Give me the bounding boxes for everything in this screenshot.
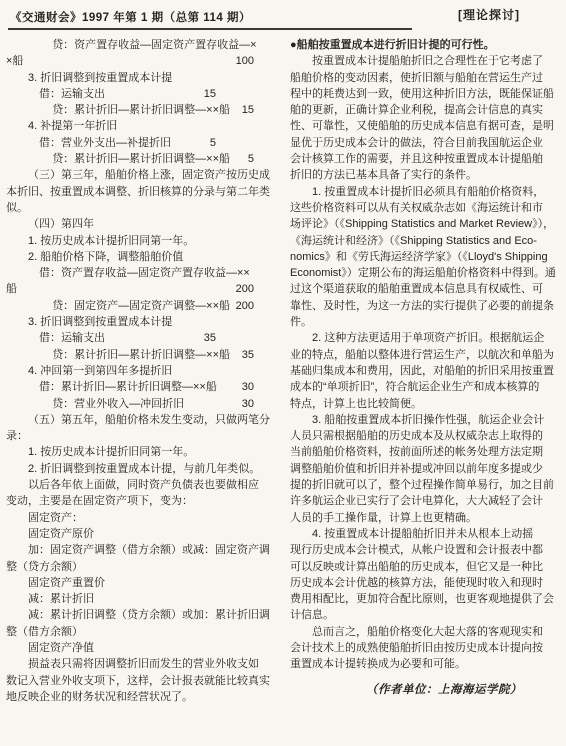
line-text: 这些价格资料可以从有关权威杂志如《海运统计和市 — [290, 202, 543, 214]
right-column: ●船舶按重置成本进行折旧计提的可行性。按重置成本计提船舶折旧之合理性在于它考虑了… — [290, 37, 556, 705]
text-line: 借：累计折旧—累计折旧调整—××船30 — [6, 379, 272, 395]
line-text: 可以反映或计算出船舶的历史成本，但它又是一种比 — [290, 561, 543, 573]
line-text: 件。 — [290, 316, 312, 328]
line-text: 性、可靠性，又使船舶的历史成本信息有据可查，是明 — [290, 120, 554, 132]
line-text: 许多航运企业已实行了会计电算化，大大减轻了会计 — [290, 495, 543, 507]
text-line: ●船舶按重置成本进行折旧计提的可行性。 — [290, 37, 556, 53]
author-affiliation: （作者单位：上海海运学院） — [366, 681, 522, 697]
line-text: 业的特点，船舶以整体进行营运生产，以航次和单船为 — [290, 349, 554, 361]
text-line: Economist》）定期公布的海运船舶价格资料中得到。通 — [290, 265, 556, 281]
line-text: 靠性、及时性，为这一方法的实行提供了必要的前提条 — [290, 300, 554, 312]
amount-value: 30 — [242, 379, 254, 396]
line-text: 总而言之，船舶价格变化大起大落的客观现实和 — [312, 626, 543, 638]
line-text: 舶的更新，正确计算企业利税，提高会计信息的真实 — [290, 104, 543, 116]
amount-value: 200 — [236, 298, 254, 315]
line-text: 贷：资产置存收益—固定资产置存收益—× — [52, 39, 256, 51]
amount-value: 100 — [236, 53, 254, 70]
amount-value: 35 — [242, 347, 254, 364]
line-text: 本折旧、按重置成本调整、折旧核算的分录与第二年类 — [6, 186, 270, 198]
line-text: 1. 按历史成本计提折旧同第一年。 — [28, 446, 194, 458]
line-text: 贷：累计折旧—累计折旧调整—××船 — [52, 104, 230, 116]
line-text: 提的折旧就可以了，整个过程操作简单易行，加之目前 — [290, 479, 554, 491]
text-line: 成本的“单项折旧”，符合航运企业生产和成本核算的 — [290, 379, 556, 395]
line-text: ×船 — [6, 55, 23, 67]
line-text: 借：营业外支出—补提折旧 — [39, 137, 171, 149]
line-text: nomics》和《劳氏海运经济学家》（《Lloyd's Shipping — [290, 251, 548, 263]
line-text: 4. 补提第一年折旧 — [28, 120, 117, 132]
text-line: 船200 — [6, 281, 272, 297]
text-line: 件。 — [290, 314, 556, 330]
text-line: 重置成本计提转换成为必要和可能。 — [290, 656, 556, 672]
text-line: 以后各年依上面做，同时资产负债表也要做相应 — [6, 477, 272, 493]
text-line: 贷：累计折旧—累计折旧调整—××船35 — [6, 347, 272, 363]
line-text: 基础归集成本和费用，因此，对船舶的折旧采用按重置 — [290, 365, 554, 377]
text-line: 固定资产净值 — [6, 640, 272, 656]
line-text: 折旧的方法已基本具备了实行的条件。 — [290, 169, 477, 181]
line-text: 4. 冲回第一到第四年多提折旧 — [28, 365, 172, 377]
article-body: 贷：资产置存收益—固定资产置存收益—××船1003. 折旧调整到按重置成本计提借… — [6, 37, 560, 705]
line-text: 贷：营业外收入—冲回折旧 — [52, 398, 184, 410]
amount-value: 30 — [242, 396, 254, 413]
text-line: 数记入营业外收支项下，这样，会计报表就能比较真实 — [6, 673, 272, 689]
line-text: 固定资产： — [28, 512, 83, 524]
line-text: 借：运输支出 — [39, 88, 105, 100]
line-text: 借：运输支出 — [39, 332, 105, 344]
text-line: 当前船舶价格资料，按前面所述的帐务处理方法定期 — [290, 444, 556, 460]
text-line: 3. 折旧调整到按重置成本计提 — [6, 314, 272, 330]
line-text: （三）第三年，船舶价格上涨，固定资产按历史成 — [28, 169, 270, 181]
line-text: 人员只需根据船舶的历史成本及从权威杂志上取得的 — [290, 430, 543, 442]
line-text: 数记入营业外收支项下，这样，会计报表就能比较真实 — [6, 675, 270, 687]
line-text: 地反映企业的财务状况和经营状况了。 — [6, 691, 193, 703]
line-text: 借：资产置存收益—固定资产置存收益—×× — [39, 267, 250, 279]
text-line: 许多航运企业已实行了会计电算化，大大减轻了会计 — [290, 493, 556, 509]
text-line: 费用相配比，更加符合配比原则，也更客观地提供了会 — [290, 591, 556, 607]
line-text: 1. 按历史成本计提折旧同第一年。 — [28, 235, 194, 247]
line-text: 加：固定资产调整（借方余额）或减：固定资产调 — [28, 544, 270, 556]
text-line: 借：资产置存收益—固定资产置存收益—×× — [6, 265, 272, 281]
line-text: 会计核算工作的需要，并且这种按重置成本计提船舶 — [290, 153, 543, 165]
line-text: 费用相配比，更加符合配比原则，也更客观地提供了会 — [290, 593, 554, 605]
text-line: 1. 按重置成本计提折旧必须具有船舶价格资料， — [290, 184, 556, 200]
amount-value: 200 — [236, 281, 254, 298]
line-text: 调整船舶价值和折旧并补提或冲回以前年度多提或少 — [290, 463, 543, 475]
text-line: 计信息。 — [290, 607, 556, 623]
text-line: 舶的更新，正确计算企业利税，提高会计信息的真实 — [290, 102, 556, 118]
text-line: 显优于历史成本会计的做法，符合目前我国航运企业 — [290, 135, 556, 151]
section-tag: [理论探讨] — [458, 6, 520, 23]
text-line: 场评论》（《Shipping Statistics and Market Rev… — [290, 216, 556, 232]
text-line: 4. 冲回第一到第四年多提折旧 — [6, 363, 272, 379]
line-text: 整（贷方余额） — [6, 561, 83, 573]
line-text: 4. 按重置成本计提船舶折旧并未从根本上动摇 — [312, 528, 533, 540]
line-text: 似。 — [6, 202, 28, 214]
line-text: 2. 船舶价格下降，调整船舶价值 — [28, 251, 183, 263]
document-page: 《交通财会》1997 年第 1 期（总第 114 期） [理论探讨] 贷：资产置… — [0, 0, 566, 746]
line-text: 会计技术上的成熟使船舶折旧由按历史成本计提向按 — [290, 642, 543, 654]
text-line: 地反映企业的财务状况和经营状况了。 — [6, 689, 272, 705]
line-text: 固定资产重置价 — [28, 577, 105, 589]
text-line: 录： — [6, 428, 272, 444]
text-line: 本折旧、按重置成本调整、折旧核算的分录与第二年类 — [6, 184, 272, 200]
line-text: 《海运统计和经济》（《Shipping Statistics and Eco- — [290, 235, 537, 247]
line-text: 船舶价格的变动因素，使折旧额与船舶在营运生产过 — [290, 72, 543, 84]
line-text: 3. 折旧调整到按重置成本计提 — [28, 316, 172, 328]
line-text: 减：累计折旧 — [28, 593, 94, 605]
text-line: 人员只需根据船舶的历史成本及从权威杂志上取得的 — [290, 428, 556, 444]
text-line: 折旧的方法已基本具备了实行的条件。 — [290, 167, 556, 183]
text-line: 固定资产： — [6, 510, 272, 526]
line-text: 现行历史成本会计模式，从帐户设置和会计报表中都 — [290, 544, 543, 556]
amount-value: 5 — [248, 151, 254, 168]
text-line: 2. 船舶价格下降，调整船舶价值 — [6, 249, 272, 265]
text-line: 现行历史成本会计模式，从帐户设置和会计报表中都 — [290, 542, 556, 558]
text-line: nomics》和《劳氏海运经济学家》（《Lloyd's Shipping — [290, 249, 556, 265]
line-text: （四）第四年 — [28, 218, 94, 230]
line-text: 显优于历史成本会计的做法，符合目前我国航运企业 — [290, 137, 543, 149]
text-line: 固定资产原价 — [6, 526, 272, 542]
text-line: 1. 按历史成本计提折旧同第一年。 — [6, 444, 272, 460]
line-text: 当前船舶价格资料，按前面所述的帐务处理方法定期 — [290, 446, 543, 458]
line-text: 贷：累计折旧—累计折旧调整—××船 — [52, 153, 230, 165]
text-line: 整（借方余额） — [6, 624, 272, 640]
line-text: 3. 折旧调整到按重置成本计提 — [28, 72, 172, 84]
line-text: 2. 折旧调整到按重置成本计提，与前几年类似。 — [28, 463, 260, 475]
line-text: 贷：固定资产—固定资产调整—××船 — [52, 300, 230, 312]
text-line: 4. 按重置成本计提船舶折旧并未从根本上动摇 — [290, 526, 556, 542]
text-line: 按重置成本计提船舶折旧之合理性在于它考虑了 — [290, 53, 556, 69]
amount-value: 15 — [204, 86, 216, 103]
text-line: 可以反映或计算出船舶的历史成本，但它又是一种比 — [290, 559, 556, 575]
journal-header: 《交通财会》1997 年第 1 期（总第 114 期） — [10, 9, 251, 25]
line-text: 贷：累计折旧—累计折旧调整—××船 — [52, 349, 230, 361]
text-line: 程中的耗费达到一致，使用这种折旧方法，既能保证船 — [290, 86, 556, 102]
line-text: Economist》）定期公布的海运船舶价格资料中得到。通 — [290, 267, 556, 279]
text-line: 会计核算工作的需要，并且这种按重置成本计提船舶 — [290, 151, 556, 167]
text-line: 减：累计折旧 — [6, 591, 272, 607]
line-text: 整（借方余额） — [6, 626, 83, 638]
text-line: 《海运统计和经济》（《Shipping Statistics and Eco- — [290, 233, 556, 249]
text-line: （四）第四年 — [6, 216, 272, 232]
text-line: 1. 按历史成本计提折旧同第一年。 — [6, 233, 272, 249]
text-line: （三）第三年，船舶价格上涨，固定资产按历史成 — [6, 167, 272, 183]
line-text: 特点，计算上也比较简便。 — [290, 398, 422, 410]
line-text: 按重置成本计提船舶折旧之合理性在于它考虑了 — [312, 55, 543, 67]
text-line: 损益表只需将因调整折旧而发生的营业外收支如 — [6, 656, 272, 672]
line-text: 过这个渠道获取的船舶重置成本信息具有权威性、可 — [290, 283, 543, 295]
text-line: 固定资产重置价 — [6, 575, 272, 591]
text-line: 提的折旧就可以了，整个过程操作简单易行，加之目前 — [290, 477, 556, 493]
line-text: 场评论》（《Shipping Statistics and Market Rev… — [290, 218, 554, 230]
text-line: 整（贷方余额） — [6, 559, 272, 575]
line-text: 计信息。 — [290, 609, 334, 621]
text-line: 借：运输支出35 — [6, 330, 272, 346]
line-text: ●船舶按重置成本进行折旧计提的可行性。 — [290, 39, 495, 51]
line-text: 成本的“单项折旧”，符合航运企业生产和成本核算的 — [290, 381, 539, 393]
line-text: （五）第五年，船舶价格未发生变动，只做两笔分 — [28, 414, 270, 426]
line-text: 程中的耗费达到一致，使用这种折旧方法，既能保证船 — [290, 88, 554, 100]
line-text: 变动，主要是在固定资产项下，变为： — [6, 495, 193, 507]
text-line: 4. 补提第一年折旧 — [6, 118, 272, 134]
line-text: 人员的手工操作量，计算上也更精确。 — [290, 512, 477, 524]
left-column: 贷：资产置存收益—固定资产置存收益—××船1003. 折旧调整到按重置成本计提借… — [6, 37, 272, 705]
text-line: 减：累计折旧调整（贷方余额）或加：累计折旧调 — [6, 607, 272, 623]
line-text: 固定资产原价 — [28, 528, 94, 540]
line-text: 固定资产净值 — [28, 642, 94, 654]
text-line: 2. 这种方法更适用于单项资产折旧。根据航运企 — [290, 330, 556, 346]
text-line: 贷：营业外收入—冲回折旧30 — [6, 396, 272, 412]
text-line: 借：运输支出15 — [6, 86, 272, 102]
text-line: 贷：资产置存收益—固定资产置存收益—× — [6, 37, 272, 53]
text-line: 总而言之，船舶价格变化大起大落的客观现实和 — [290, 624, 556, 640]
text-line: 贷：累计折旧—累计折旧调整—××船15 — [6, 102, 272, 118]
text-line: 似。 — [6, 200, 272, 216]
text-line: 3. 折旧调整到按重置成本计提 — [6, 70, 272, 86]
text-line: 人员的手工操作量，计算上也更精确。 — [290, 510, 556, 526]
text-line: 性、可靠性，又使船舶的历史成本信息有据可查，是明 — [290, 118, 556, 134]
text-line: 借：营业外支出—补提折旧5 — [6, 135, 272, 151]
text-line: 加：固定资产调整（借方余额）或减：固定资产调 — [6, 542, 272, 558]
text-line: （五）第五年，船舶价格未发生变动，只做两笔分 — [6, 412, 272, 428]
text-line: 3. 船舶按重置成本折旧操作性强，航运企业会计 — [290, 412, 556, 428]
text-line: ×船100 — [6, 53, 272, 69]
amount-value: 5 — [210, 135, 216, 152]
text-line: 这些价格资料可以从有关权威杂志如《海运统计和市 — [290, 200, 556, 216]
text-line: 2. 折旧调整到按重置成本计提，与前几年类似。 — [6, 461, 272, 477]
text-line: 船舶价格的变动因素，使折旧额与船舶在营运生产过 — [290, 70, 556, 86]
amount-value: 35 — [204, 330, 216, 347]
line-text: 船 — [6, 283, 17, 295]
text-line: 历史成本会计优越的核算方法，能使现时收入和现时 — [290, 575, 556, 591]
line-text: 借：累计折旧—累计折旧调整—××船 — [39, 381, 217, 393]
header-rule — [8, 28, 412, 30]
line-text: 录： — [6, 430, 28, 442]
text-line: 过这个渠道获取的船舶重置成本信息具有权威性、可 — [290, 281, 556, 297]
line-text: 历史成本会计优越的核算方法，能使现时收入和现时 — [290, 577, 543, 589]
text-line: 特点，计算上也比较简便。 — [290, 396, 556, 412]
text-line: 业的特点，船舶以整体进行营运生产，以航次和单船为 — [290, 347, 556, 363]
amount-value: 15 — [242, 102, 254, 119]
text-line: 贷：累计折旧—累计折旧调整—××船5 — [6, 151, 272, 167]
text-line: 贷：固定资产—固定资产调整—××船200 — [6, 298, 272, 314]
line-text: 减：累计折旧调整（贷方余额）或加：累计折旧调 — [28, 609, 270, 621]
line-text: 2. 这种方法更适用于单项资产折旧。根据航运企 — [312, 332, 544, 344]
line-text: 1. 按重置成本计提折旧必须具有船舶价格资料， — [312, 186, 544, 198]
text-line: 调整船舶价值和折旧并补提或冲回以前年度多提或少 — [290, 461, 556, 477]
line-text: 3. 船舶按重置成本折旧操作性强，航运企业会计 — [312, 414, 544, 426]
line-text: 重置成本计提转换成为必要和可能。 — [290, 658, 466, 670]
text-line: 变动，主要是在固定资产项下，变为： — [6, 493, 272, 509]
text-line: 靠性、及时性，为这一方法的实行提供了必要的前提条 — [290, 298, 556, 314]
text-line: 会计技术上的成熟使船舶折旧由按历史成本计提向按 — [290, 640, 556, 656]
line-text: 以后各年依上面做，同时资产负债表也要做相应 — [28, 479, 259, 491]
line-text: 损益表只需将因调整折旧而发生的营业外收支如 — [28, 658, 259, 670]
text-line: 基础归集成本和费用，因此，对船舶的折旧采用按重置 — [290, 363, 556, 379]
